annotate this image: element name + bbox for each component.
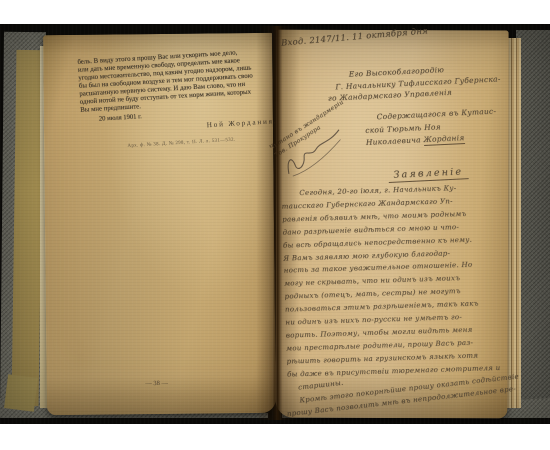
sender-block: Содержащагося въ Кутаис- ской Тюрьмѣ Ноя… (364, 105, 497, 149)
handwritten-body: Сегодня, 20-го іюля, г. Начальникъ Ку- т… (281, 181, 513, 382)
printed-text-block: бель. В виду этого я прошу Вас или ускор… (77, 47, 280, 152)
archive-reference: Арх. ф. № 38. Д. № 298, т. II. Л. л. 531… (82, 135, 280, 152)
book-cover-right-cloth (516, 30, 550, 416)
address-block: Его Высокоблагородію Г. Начальнику Тифли… (327, 61, 502, 104)
book-photograph: бель. В виду этого я прошу Вас или ускор… (0, 24, 550, 424)
endpaper-corner (4, 374, 38, 411)
endpaper-strip (12, 50, 44, 406)
registration-inscription: Вход. 2147/11. 11 октября дня (281, 25, 429, 47)
document-title: Заявленіе (388, 166, 468, 181)
document-title-text: Заявленіе (388, 166, 468, 183)
photo-letterbox: бель. В виду этого я прошу Вас или ускор… (0, 0, 550, 450)
left-page: бель. В виду этого я прошу Вас или ускор… (43, 33, 276, 415)
right-page: Вход. 2147/11. 11 октября дня Его Высоко… (275, 30, 508, 419)
sender-patronymic: Николаевича (366, 135, 424, 147)
book-gutter-shadow (256, 26, 300, 420)
sender-surname-underlined: Жорданія (423, 133, 465, 145)
page-number: — 38 — (47, 379, 267, 388)
